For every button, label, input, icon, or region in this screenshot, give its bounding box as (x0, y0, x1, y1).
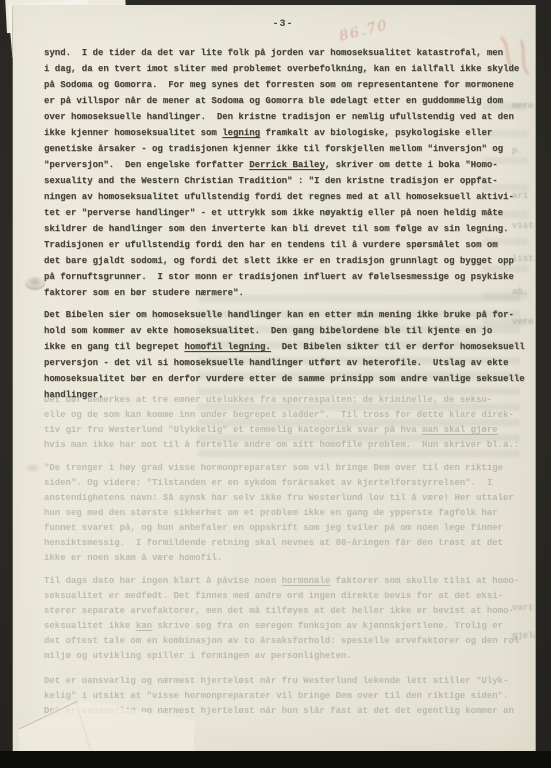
typewritten-paragraph: Til dags dato har ingen klart å påvise n… (44, 574, 524, 664)
text-line: perversjon - det vil si homoseksuelle ha… (44, 355, 524, 371)
text-line: funnet svaret på, og hun anbefaler en op… (44, 521, 524, 536)
text-line: miljø og utvikling spiller i formingen a… (44, 649, 524, 664)
typewritten-text: synd. I de tider da det var lite folk på… (13, 5, 535, 752)
text-segment: det oftest tale om en kombinasjon av to … (44, 636, 519, 646)
text-segment: ningen av homoseksualitet ufullstendig f… (44, 192, 514, 202)
text-line: på Sodoma og Gomorra. For meg synes det … (44, 77, 524, 93)
text-line: ningen av homoseksualitet ufullstendig f… (44, 189, 524, 205)
text-segment: Tradisjonen er ufullstendig fordi den ha… (44, 240, 498, 250)
text-segment: Det Bibelen sikter til er derfor homosek… (271, 342, 525, 352)
text-line: hvis man ikke har mot til å fortelle and… (44, 438, 524, 453)
text-line: ikke kjenner homoseksualitet som legning… (44, 125, 524, 141)
paper-dent-smudge (25, 277, 45, 290)
text-line: Det bør bemerkes at tre emner utelukkes … (44, 393, 524, 408)
text-segment: miljø og utvikling spiller i formingen a… (44, 651, 352, 661)
text-line: seksualitet ikke kan skrive seg fra en s… (44, 619, 524, 634)
text-line: siden". Og videre: "Tilstanden er en syk… (44, 476, 524, 491)
text-line: homoseksualitet bør en derfor vurdere et… (44, 371, 524, 387)
text-segment: Det bør bemerkes at tre emner utelukkes … (44, 395, 492, 405)
text-segment: "De trenger i høy grad visse hormonprepa… (44, 463, 503, 473)
typewritten-paragraph: Det bør bemerkes at tre emner utelukkes … (44, 393, 524, 453)
text-line: elle og de som kan komme inn under begre… (44, 408, 524, 423)
text-line: i dag, da en tvert imot sliter med probl… (44, 61, 524, 77)
typewritten-paragraph: Det Bibelen sier om homoseksuelle handli… (44, 307, 524, 403)
text-line: tet er "perverse handlinger" - et uttryk… (44, 205, 524, 221)
photo-border (0, 751, 551, 768)
text-line: Det Bibelen sier om homoseksuelle handli… (44, 307, 524, 323)
text-line: synd. I de tider da det var lite folk på… (44, 45, 524, 61)
underlined-text: man skal gjøre (422, 425, 498, 435)
text-segment: perversjon - det vil si homoseksuelle ha… (44, 358, 508, 368)
text-segment: synd. I de tider da det var lite folk på… (44, 48, 503, 58)
text-segment: , skriver om dette i boka "Homo- (325, 160, 498, 170)
text-line: genetiske årsaker - og tradisjonen kjenn… (44, 141, 524, 157)
text-segment: seksualitet er medfødt. Det finnes med a… (44, 591, 503, 601)
document-page: -3- 86.70 mere,p.arivistlist,ab.verevart… (13, 5, 535, 752)
text-line: hensiktsmessig. I formildende retning sk… (44, 536, 524, 551)
text-segment: seksualitet ikke (44, 621, 136, 631)
text-line: "De trenger i høy grad visse hormonprepa… (44, 461, 524, 476)
text-segment: genetiske årsaker - og tradisjonen kjenn… (44, 144, 503, 154)
text-line: tiv gir fru Westerlund "Ulykkelig" et te… (44, 423, 524, 438)
text-segment: hensiktsmessig. I formildende retning sk… (44, 538, 503, 548)
text-line: hun seg med den største sikkerhet om et … (44, 506, 524, 521)
text-segment: på Sodoma og Gomorra. For meg synes det … (44, 80, 514, 90)
text-segment: over homoseksuelle handlinger. Den krist… (44, 112, 514, 122)
text-segment: sexuality and the Western Christian Trad… (44, 176, 498, 186)
text-line: det bare gjaldt sodomi, og fordi det sle… (44, 253, 524, 269)
text-segment: Det Bibelen sier om homoseksuelle handli… (44, 310, 514, 320)
text-line: "perversjon". Den engelske forfatter Der… (44, 157, 524, 173)
text-segment: hvis man ikke har mot til å fortelle and… (44, 440, 519, 450)
text-segment: anstendighetens navn: Så synsk har selv … (44, 493, 514, 503)
text-line: er på villspor når de mener at Sodoma og… (44, 93, 524, 109)
text-line: seksualitet er medfødt. Det finnes med a… (44, 589, 524, 604)
text-line: det oftest tale om en kombinasjon av to … (44, 634, 524, 649)
underlined-text: homofil legning. (184, 342, 270, 352)
underlined-text: kan (136, 621, 152, 631)
text-line: over homoseksuelle handlinger. Den krist… (44, 109, 524, 125)
text-segment: skildrer de handlinger som den invertert… (44, 224, 508, 234)
text-line: på fornuftsgrunner. I stor monn er tradi… (44, 269, 524, 285)
text-line: ikke er noen skam å være homofil. (44, 551, 524, 566)
text-segment: Til dags dato har ingen klart å påvise n… (44, 576, 282, 586)
text-segment: faktorer som skulle tilsi at homo- (330, 576, 519, 586)
text-segment: homoseksualitet bør en derfor vurdere et… (44, 374, 525, 384)
text-line: skildrer de handlinger som den invertert… (44, 221, 524, 237)
text-line: Tradisjonen er ufullstendig fordi den ha… (44, 237, 524, 253)
text-segment: funnet svaret på, og hun anbefaler en op… (44, 523, 503, 533)
underlined-text: hormonale (282, 576, 331, 586)
typewritten-paragraph: "De trenger i høy grad visse hormonprepa… (44, 461, 524, 566)
paper-smudge (25, 463, 41, 473)
text-segment: siden". Og videre: "Tilstanden er en syk… (44, 478, 492, 488)
text-segment: skrive seg fra en særegen funksjon av kj… (152, 621, 503, 631)
text-line: faktorer som en bør studere nærmere". (44, 285, 524, 301)
text-segment: er på villspor når de mener at Sodoma og… (44, 96, 503, 106)
text-line: hold som kommer av ekte homoseksualitet.… (44, 323, 524, 339)
text-segment: faktorer som en bør studere nærmere". (44, 288, 244, 298)
text-line: Til dags dato har ingen klart å påvise n… (44, 574, 524, 589)
underlined-text: Derrick Bailey (249, 160, 325, 170)
text-segment: tiv gir fru Westerlund "Ulykkelig" et te… (44, 425, 422, 435)
text-line: anstendighetens navn: Så synsk har selv … (44, 491, 524, 506)
text-segment: sterer separate arvefaktorer, men det må… (44, 606, 514, 616)
typewritten-paragraph: synd. I de tider da det var lite folk på… (44, 45, 524, 301)
text-segment: hun seg med den største sikkerhet om et … (44, 508, 498, 518)
text-segment: på fornuftsgrunner. I stor monn er tradi… (44, 272, 514, 282)
text-segment: det bare gjaldt sodomi, og fordi det sle… (44, 256, 514, 266)
text-segment: ikke en gang til begrepet (44, 342, 184, 352)
photograph-background: -3- 86.70 mere,p.arivistlist,ab.verevart… (0, 0, 551, 768)
text-line: ikke en gang til begrepet homofil legnin… (44, 339, 524, 355)
text-segment: "perversjon". Den engelske forfatter (44, 160, 249, 170)
text-line: sterer separate arvefaktorer, men det må… (44, 604, 524, 619)
text-segment: ikke er noen skam å være homofil. (44, 553, 222, 563)
text-segment: ikke kjenner homoseksualitet som (44, 128, 222, 138)
paper-crease (19, 681, 194, 752)
text-segment: framkalt av biologiske, psykologiske ell… (260, 128, 492, 138)
text-segment: tet er "perverse handlinger" - et uttryk… (44, 208, 503, 218)
text-segment: elle og de som kan komme inn under begre… (44, 410, 514, 420)
text-segment: i dag, da en tvert imot sliter med probl… (44, 64, 519, 74)
text-segment: hold som kommer av ekte homoseksualitet.… (44, 326, 492, 336)
text-line: sexuality and the Western Christian Trad… (44, 173, 524, 189)
underlined-text: legning (222, 128, 260, 138)
